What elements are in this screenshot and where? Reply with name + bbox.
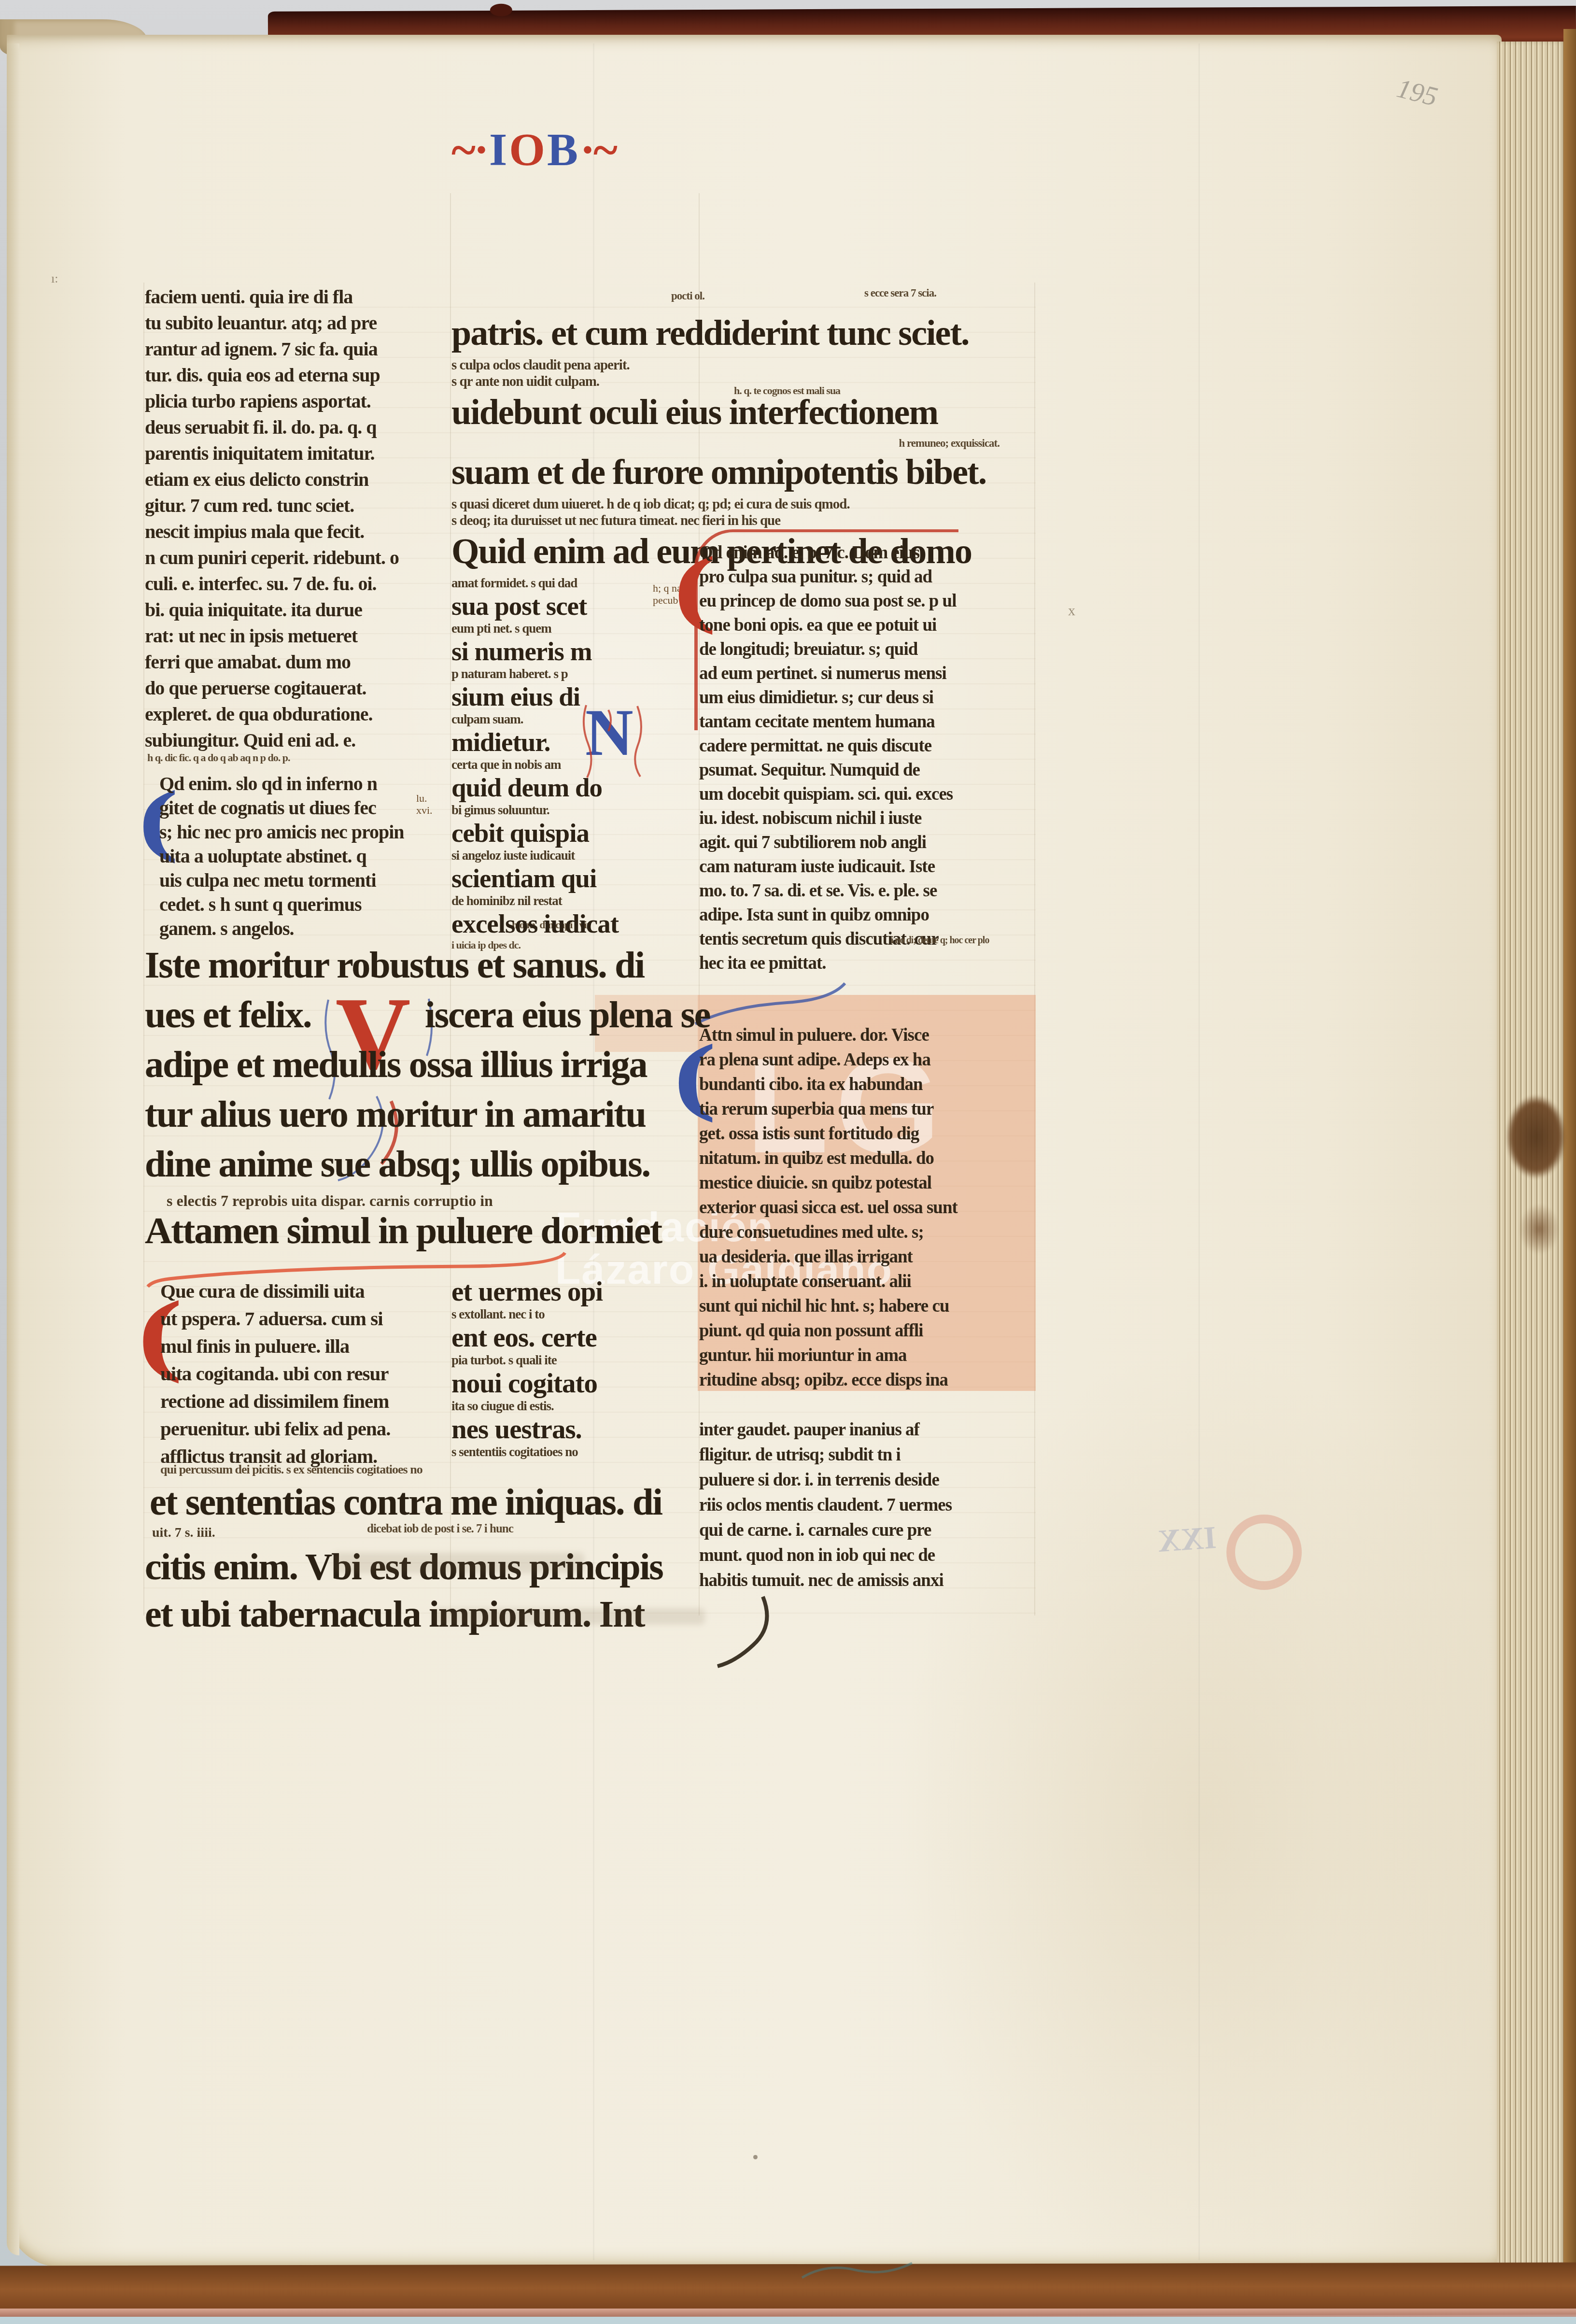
ruling-line <box>143 283 144 1615</box>
gloss-line: gitur. 7 cum red. tunc sciet. <box>145 493 454 519</box>
gloss-line: fligitur. de utrisq; subdit tn i <box>699 1443 1037 1468</box>
gloss-line: faciem uenti. quia ire di fla <box>145 284 454 310</box>
text-row: uidebunt oculi eius interfectionem <box>451 391 1033 437</box>
gloss-line: dure consuetudines med ulte. s; <box>699 1220 1037 1245</box>
gloss-line: mestice diuicie. sn quibz potestal <box>699 1171 1037 1195</box>
lemma-bottom-block: et uermes opis extollant. nec i toent eo… <box>451 1277 700 1461</box>
gloss-line: expleret. de qua obduratione. <box>145 701 454 727</box>
flourish-left-icon: ~· <box>451 124 487 175</box>
header-letter-o: O <box>509 124 545 175</box>
gloss-line: ganem. s angelos. <box>159 917 456 941</box>
gloss-line: inter gaudet. pauper inanius af <box>699 1417 1037 1443</box>
gloss-line: uis culpa nec metu tormenti <box>159 868 456 893</box>
gloss-line: parentis iniquitatem imitatur. <box>145 440 454 467</box>
show-through-numeral: IXX <box>1156 1519 1217 1560</box>
text-row: patris. et cum reddiderint tunc sciet. <box>451 312 1033 358</box>
gloss-line: piunt. qd quia non possunt affli <box>699 1318 1037 1343</box>
gloss-line: tur. dis. quia eos ad eterna sup <box>145 362 454 388</box>
text-row: quid deum do <box>451 774 700 803</box>
page-left-edge <box>7 43 19 2255</box>
gloss-line: Que cura de dissimili uita <box>160 1277 457 1305</box>
display-line-iste: Iste moritur robustus et sanus. di <box>145 942 758 988</box>
text-row: certa que in nobis am <box>451 758 700 774</box>
text-row: culpam suam. <box>451 712 700 728</box>
gloss-line: subiungitur. Quid eni ad. e. <box>145 727 454 753</box>
text-row: si numeris m <box>451 638 700 667</box>
binding-bottom-highlight <box>0 2309 1576 2317</box>
gloss-line: s; hic nec pro amicis nec propin <box>159 820 456 844</box>
display-line-iscera: iscera eius plena se <box>425 992 763 1038</box>
lemma-narrow-block: amat formidet. s qui dadsua post sceteum… <box>451 576 700 952</box>
left-que-block: Que cura de dissimili uitaut pspera. 7 a… <box>160 1277 457 1470</box>
text-row: s quasi diceret dum uiueret. h de q iob … <box>451 497 1033 513</box>
interlinear-note: s ecce sera 7 scia. <box>864 287 936 299</box>
gloss-line: rantur ad ignem. 7 sic fa. quia <box>145 336 454 362</box>
display-line-sententias: et sententias contra me iniquas. di <box>150 1479 753 1525</box>
gloss-line: mul finis in puluere. illa <box>160 1332 457 1360</box>
gloss-line: pro culpa sua punitur. s; quid ad <box>699 565 1037 589</box>
gloss-line: etiam ex eius delicto constrin <box>145 467 454 493</box>
text-row: ita so ciugue di estis. <box>451 1399 700 1415</box>
gloss-line: uita a uoluptate abstinet. q <box>159 844 456 868</box>
gloss-line: psumat. Sequitur. Numquid de <box>699 758 1037 782</box>
gloss-line: do que peruerse cogitauerat. <box>145 675 454 701</box>
display-line-tur-alius: tur alius uero moritur in amaritu <box>145 1091 758 1137</box>
display-line-attamen: Attamen simul in puluere dormiet <box>145 1207 700 1254</box>
show-through-smudge <box>333 1553 584 1573</box>
gloss-line: adipe. Ista sunt in quibz omnipo <box>699 903 1037 927</box>
interlinear-note: i no di; deute q; hoc cer plo <box>891 935 989 946</box>
show-through-red-ring <box>1226 1515 1302 1590</box>
text-row: ent eos. certe <box>451 1323 700 1353</box>
gloss-line: Qd enim ad. e. p. 7 c. Dom eius <box>699 541 1037 565</box>
show-through-smudge <box>435 1608 705 1625</box>
text-row: s qr ante non uidit culpam. <box>451 374 1033 391</box>
text-row: bi gimus soluuntur. <box>451 803 700 819</box>
fore-edge-stain-small <box>1510 1193 1568 1265</box>
text-row: s extollant. nec i to <box>451 1307 700 1323</box>
gloss-line: cam naturam iuste iudicauit. Iste <box>699 855 1037 879</box>
text-row: nes uestras. <box>451 1415 700 1445</box>
gloss-line: bi. quia iniquitate. ita durue <box>145 597 454 623</box>
gloss-line: plicia turbo rapiens asportat. <box>145 388 454 414</box>
text-row: s culpa oclos claudit pena aperit. <box>451 358 1033 374</box>
initial-n-filigree-icon <box>579 700 657 782</box>
gloss-line: de longitudi; breuiatur. s; quid <box>699 638 1037 662</box>
text-row: midietur. <box>451 728 700 758</box>
gloss-line: guntur. hii moriuntur in ama <box>699 1343 1037 1368</box>
text-row: scientiam qui <box>451 864 700 894</box>
gloss-line: gitet de cognatis ut diues fec <box>159 796 456 820</box>
gloss-line: ad eum pertinet. si numerus mensi <box>699 662 1037 686</box>
interlinear-gloss: uit. 7 s. iiii. <box>152 1525 215 1541</box>
running-title-iob: ~· I O B ·~ <box>437 127 630 173</box>
text-row: s sententiis cogitatioes no <box>451 1445 700 1461</box>
interlinear-gloss: dicebat iob de post i se. 7 i hunc <box>367 1522 513 1536</box>
text-row: si angeloz iuste iudicauit <box>451 849 700 864</box>
text-row: cebit quispia <box>451 819 700 849</box>
gloss-line: nescit impius mala que fecit. <box>145 519 454 545</box>
text-row: eum pti net. s quem <box>451 622 700 638</box>
gloss-line: tantam cecitate mentem humana <box>699 710 1037 734</box>
margin-cross-mark: x <box>1068 603 1075 619</box>
display-line-dine: dine anime sue absq; ullis opibus. <box>145 1141 729 1187</box>
foxing-speck <box>753 2155 758 2159</box>
gloss-line: i. in uoluptate conseruant. alii <box>699 1269 1037 1294</box>
gloss-line: exterior quasi sicca est. uel ossa sunt <box>699 1195 1037 1220</box>
gloss-line: um eius dimidietur. s; cur deus si <box>699 686 1037 710</box>
header-letter-i: I <box>489 124 507 175</box>
text-row: pia turbot. s quali ite <box>451 1353 700 1369</box>
interlinear-gloss: qui percussum dei picitis. s ex sentenci… <box>160 1462 422 1477</box>
gloss-line: cedet. s h sunt q querimus <box>159 893 456 917</box>
gloss-line: eu princep de domo sua post se. p ul <box>699 589 1037 613</box>
display-line-adipe: adipe et medullis ossa illius irriga <box>145 1041 758 1088</box>
gloss-line: rectione ad dissimilem finem <box>160 1388 457 1415</box>
blue-scribble-icon <box>799 2258 915 2285</box>
text-row: sium eius di <box>451 683 700 712</box>
gloss-line: ut pspera. 7 aduersa. cum si <box>160 1305 457 1332</box>
header-letter-b: B <box>547 124 578 175</box>
flourish-right-icon: ·~ <box>580 124 616 175</box>
gloss-line: cadere permittat. ne quis discute <box>699 734 1037 758</box>
gloss-line: mo. to. 7 sa. di. et se. Vis. e. ple. se <box>699 879 1037 903</box>
text-row: et uermes opi <box>451 1277 700 1307</box>
left-gloss-tiny-line: h q. dic fic. q a do q ab aq n p do. p. <box>147 751 290 764</box>
margin-note-line: xvi. <box>416 804 433 816</box>
manuscript-photo: ~· I O B ·~ 195 ı: faciem uenti. quia ir… <box>0 0 1576 2324</box>
text-row: noui cogitato <box>451 1369 700 1399</box>
gloss-line: tone boni opis. ea que ee potuit ui <box>699 613 1037 638</box>
gloss-line: deus seruabit fi. il. do. pa. q. q <box>145 414 454 440</box>
gloss-line: n cum puniri ceperit. ridebunt. o <box>145 545 454 571</box>
table-surface <box>0 2317 1576 2324</box>
margin-note-line: lu. <box>416 792 433 804</box>
page-crease <box>1198 43 1200 2260</box>
left-gloss-block1: faciem uenti. quia ire di flatu subito l… <box>145 284 454 753</box>
gloss-line: nitatum. in quibz est medulla. do <box>699 1146 1037 1171</box>
gloss-line: um docebit quispiam. sci. qui. exces <box>699 782 1037 807</box>
gloss-line: tu subito leuantur. atq; ad pre <box>145 310 454 336</box>
text-row: suam et de furore omnipotentis bibet. <box>451 451 1033 497</box>
gloss-line: Qd enim. slo qd in inferno n <box>159 772 456 796</box>
left-gloss-block2: Qd enim. slo qd in inferno ngitet de cog… <box>159 772 456 941</box>
text-row: de hominibz nil restat <box>451 894 700 910</box>
text-row: h remuneo; exquissicat. <box>451 437 1033 451</box>
gloss-line: ua desideria. que illas irrigant <box>699 1245 1037 1269</box>
text-row: s deoq; ita duruisset ut nec futura time… <box>451 513 1033 530</box>
gloss-line: sunt qui nichil hic hnt. s; habere cu <box>699 1294 1037 1318</box>
gloss-line: iu. idest. nobiscum nichil i iuste <box>699 807 1037 831</box>
interlinear-note: pocti ol. <box>671 290 704 302</box>
gloss-line: agit. qui 7 subtiliorem nob angli <box>699 831 1037 855</box>
text-row: p naturam haberet. s p <box>451 667 700 683</box>
gloss-line: peruenitur. ubi felix ad pena. <box>160 1415 457 1443</box>
ink-flourish-icon <box>715 1594 773 1671</box>
margin-citation-note: lu.xvi. <box>416 792 433 816</box>
gloss-line: culi. e. interfec. su. 7 de. fu. oi. <box>145 571 454 597</box>
right-gloss-blockA: Qd enim ad. e. p. 7 c. Dom eiuspro culpa… <box>699 541 1037 976</box>
gloss-line: ritudine absq; opibz. ecce disps ina <box>699 1368 1037 1392</box>
pen-trial-mark: ı: <box>51 271 58 286</box>
gloss-line: uita cogitanda. ubi con resur <box>160 1360 457 1388</box>
gloss-line: rat: ut nec in ipsis metueret <box>145 623 454 649</box>
fore-edge-stain <box>1496 1081 1576 1193</box>
text-row: excelsos iudicat <box>451 910 700 939</box>
gloss-line: ferri que amabat. dum mo <box>145 649 454 675</box>
